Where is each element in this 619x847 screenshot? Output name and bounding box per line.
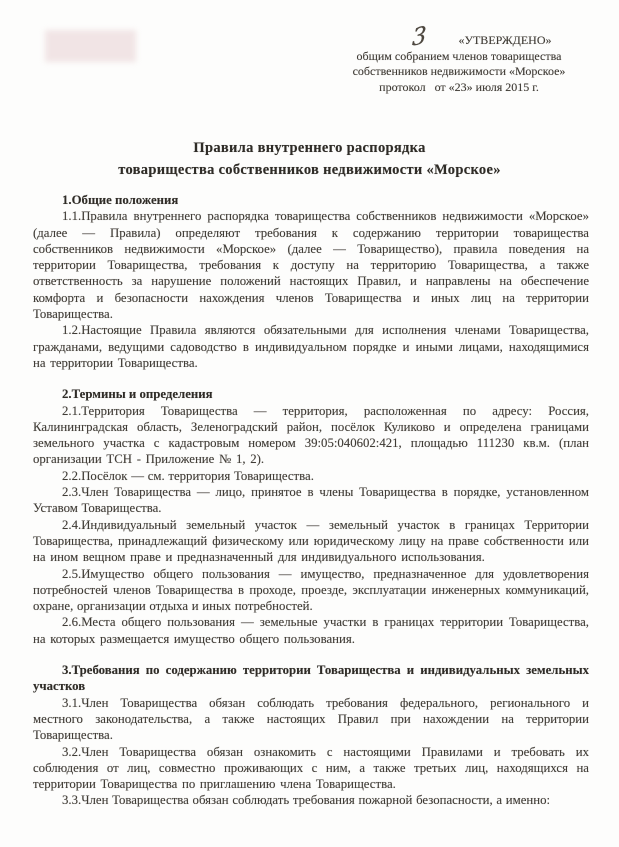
paragraph-2-3: 2.3.Член Товарищества — лицо, принятое в… (33, 484, 589, 517)
document-title: Правила внутреннего распорядка товарищес… (0, 138, 619, 181)
stamp-smudge (45, 30, 136, 62)
section-heading: 3.Требования по содержанию территории То… (33, 662, 589, 695)
approval-line-association: собственников недвижимости «Морское» (330, 64, 588, 80)
paragraph-3-1: 3.1.Член Товарищества обязан соблюдать т… (33, 695, 589, 744)
document-title-line1: Правила внутреннего распорядка (193, 140, 425, 156)
approval-block: «УТВЕРЖДЕНО» общим собранием членов това… (330, 33, 588, 95)
section-general-provisions: 1.Общие положения 1.1.Правила внутреннег… (33, 192, 589, 371)
approval-line-protocol-date: протокол от «23» июля 2015 г. (330, 80, 588, 96)
paragraph-2-5: 2.5.Имущество общего пользования — имуще… (33, 566, 589, 615)
paragraph-1-1: 1.1.Правила внутреннего распорядка товар… (33, 208, 589, 322)
paragraph-2-4: 2.4.Индивидуальный земельный участок — з… (33, 517, 589, 566)
scanned-document-page: 3 «УТВЕРЖДЕНО» общим собранием членов то… (0, 0, 619, 847)
approval-line-approved: «УТВЕРЖДЕНО» (376, 33, 619, 49)
paragraph-2-1: 2.1.Территория Товарищества — территория… (33, 403, 589, 468)
document-title-line2: товарищества собственников недвижимости … (118, 162, 501, 178)
approval-line-meeting: общим собранием членов товарищества (330, 49, 588, 65)
paragraph-1-2: 1.2.Настоящие Правила являются обязатель… (33, 322, 589, 371)
section-terms-definitions: 2.Термины и определения 2.1.Территория Т… (33, 386, 589, 647)
document-body: 1.Общие положения 1.1.Правила внутреннег… (33, 192, 589, 809)
paragraph-2-6: 2.6.Места общего пользования — земельные… (33, 614, 589, 647)
section-territory-requirements: 3.Требования по содержанию территории То… (33, 662, 589, 809)
paragraph-3-2: 3.2.Член Товарищества обязан ознакомить … (33, 744, 589, 793)
section-heading: 1.Общие положения (33, 192, 589, 208)
section-heading: 2.Термины и определения (33, 386, 589, 402)
paragraph-2-2: 2.2.Посёлок — см. территория Товариществ… (33, 468, 589, 484)
paragraph-3-3: 3.3.Член Товарищества обязан соблюдать т… (33, 792, 589, 808)
